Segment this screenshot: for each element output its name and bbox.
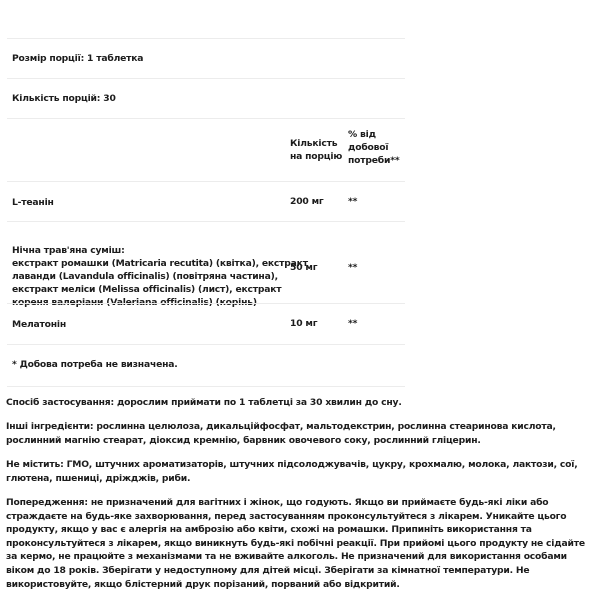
- footnote: * Добова потреба не визначена.: [12, 359, 178, 370]
- ingredient-amount: 10 мг: [290, 318, 317, 329]
- warnings-paragraph: Попередження: не призначений для вагітни…: [6, 496, 596, 591]
- serving-size-row: Розмір порції: 1 таблетка: [7, 38, 405, 78]
- ingredient-daily-value: **: [348, 196, 357, 207]
- ingredient-amount: 200 мг: [290, 196, 324, 207]
- ingredient-name: L-теанін: [12, 196, 54, 209]
- ingredient-name: Мелатонін: [12, 318, 66, 331]
- amount-per-serving-header: Кількість на порцію: [290, 137, 342, 163]
- ingredient-name: Нічна трав'яна суміш: екстракт ромашки (…: [12, 244, 308, 309]
- table-row: Мелатонін 10 мг **: [7, 303, 405, 344]
- free-from-paragraph: Не містить: ГМО, штучних ароматизаторів,…: [6, 458, 596, 485]
- table-row: Нічна трав'яна суміш: екстракт ромашки (…: [7, 221, 405, 303]
- servings-count: Кількість порцій: 30: [12, 93, 116, 104]
- servings-count-row: Кількість порцій: 30: [7, 78, 405, 118]
- usage-paragraph: Спосіб застосування: дорослим приймати п…: [6, 396, 596, 410]
- footnote-row: * Добова потреба не визначена.: [7, 344, 405, 386]
- table-bottom-divider: [7, 386, 405, 388]
- table-header-row: Кількість на порцію % від добової потреб…: [7, 118, 405, 181]
- ingredient-daily-value: **: [348, 262, 357, 273]
- ingredient-amount: 50 мг: [290, 262, 317, 273]
- supplement-facts-table: Розмір порції: 1 таблетка Кількість порц…: [7, 38, 405, 388]
- ingredient-daily-value: **: [348, 318, 357, 329]
- other-ingredients-paragraph: Інші інгредієнти: рослинна целюлоза, дик…: [6, 420, 596, 447]
- serving-size: Розмір порції: 1 таблетка: [12, 53, 143, 64]
- daily-value-header: % від добової потреби**: [348, 128, 399, 167]
- table-row: L-теанін 200 мг **: [7, 181, 405, 221]
